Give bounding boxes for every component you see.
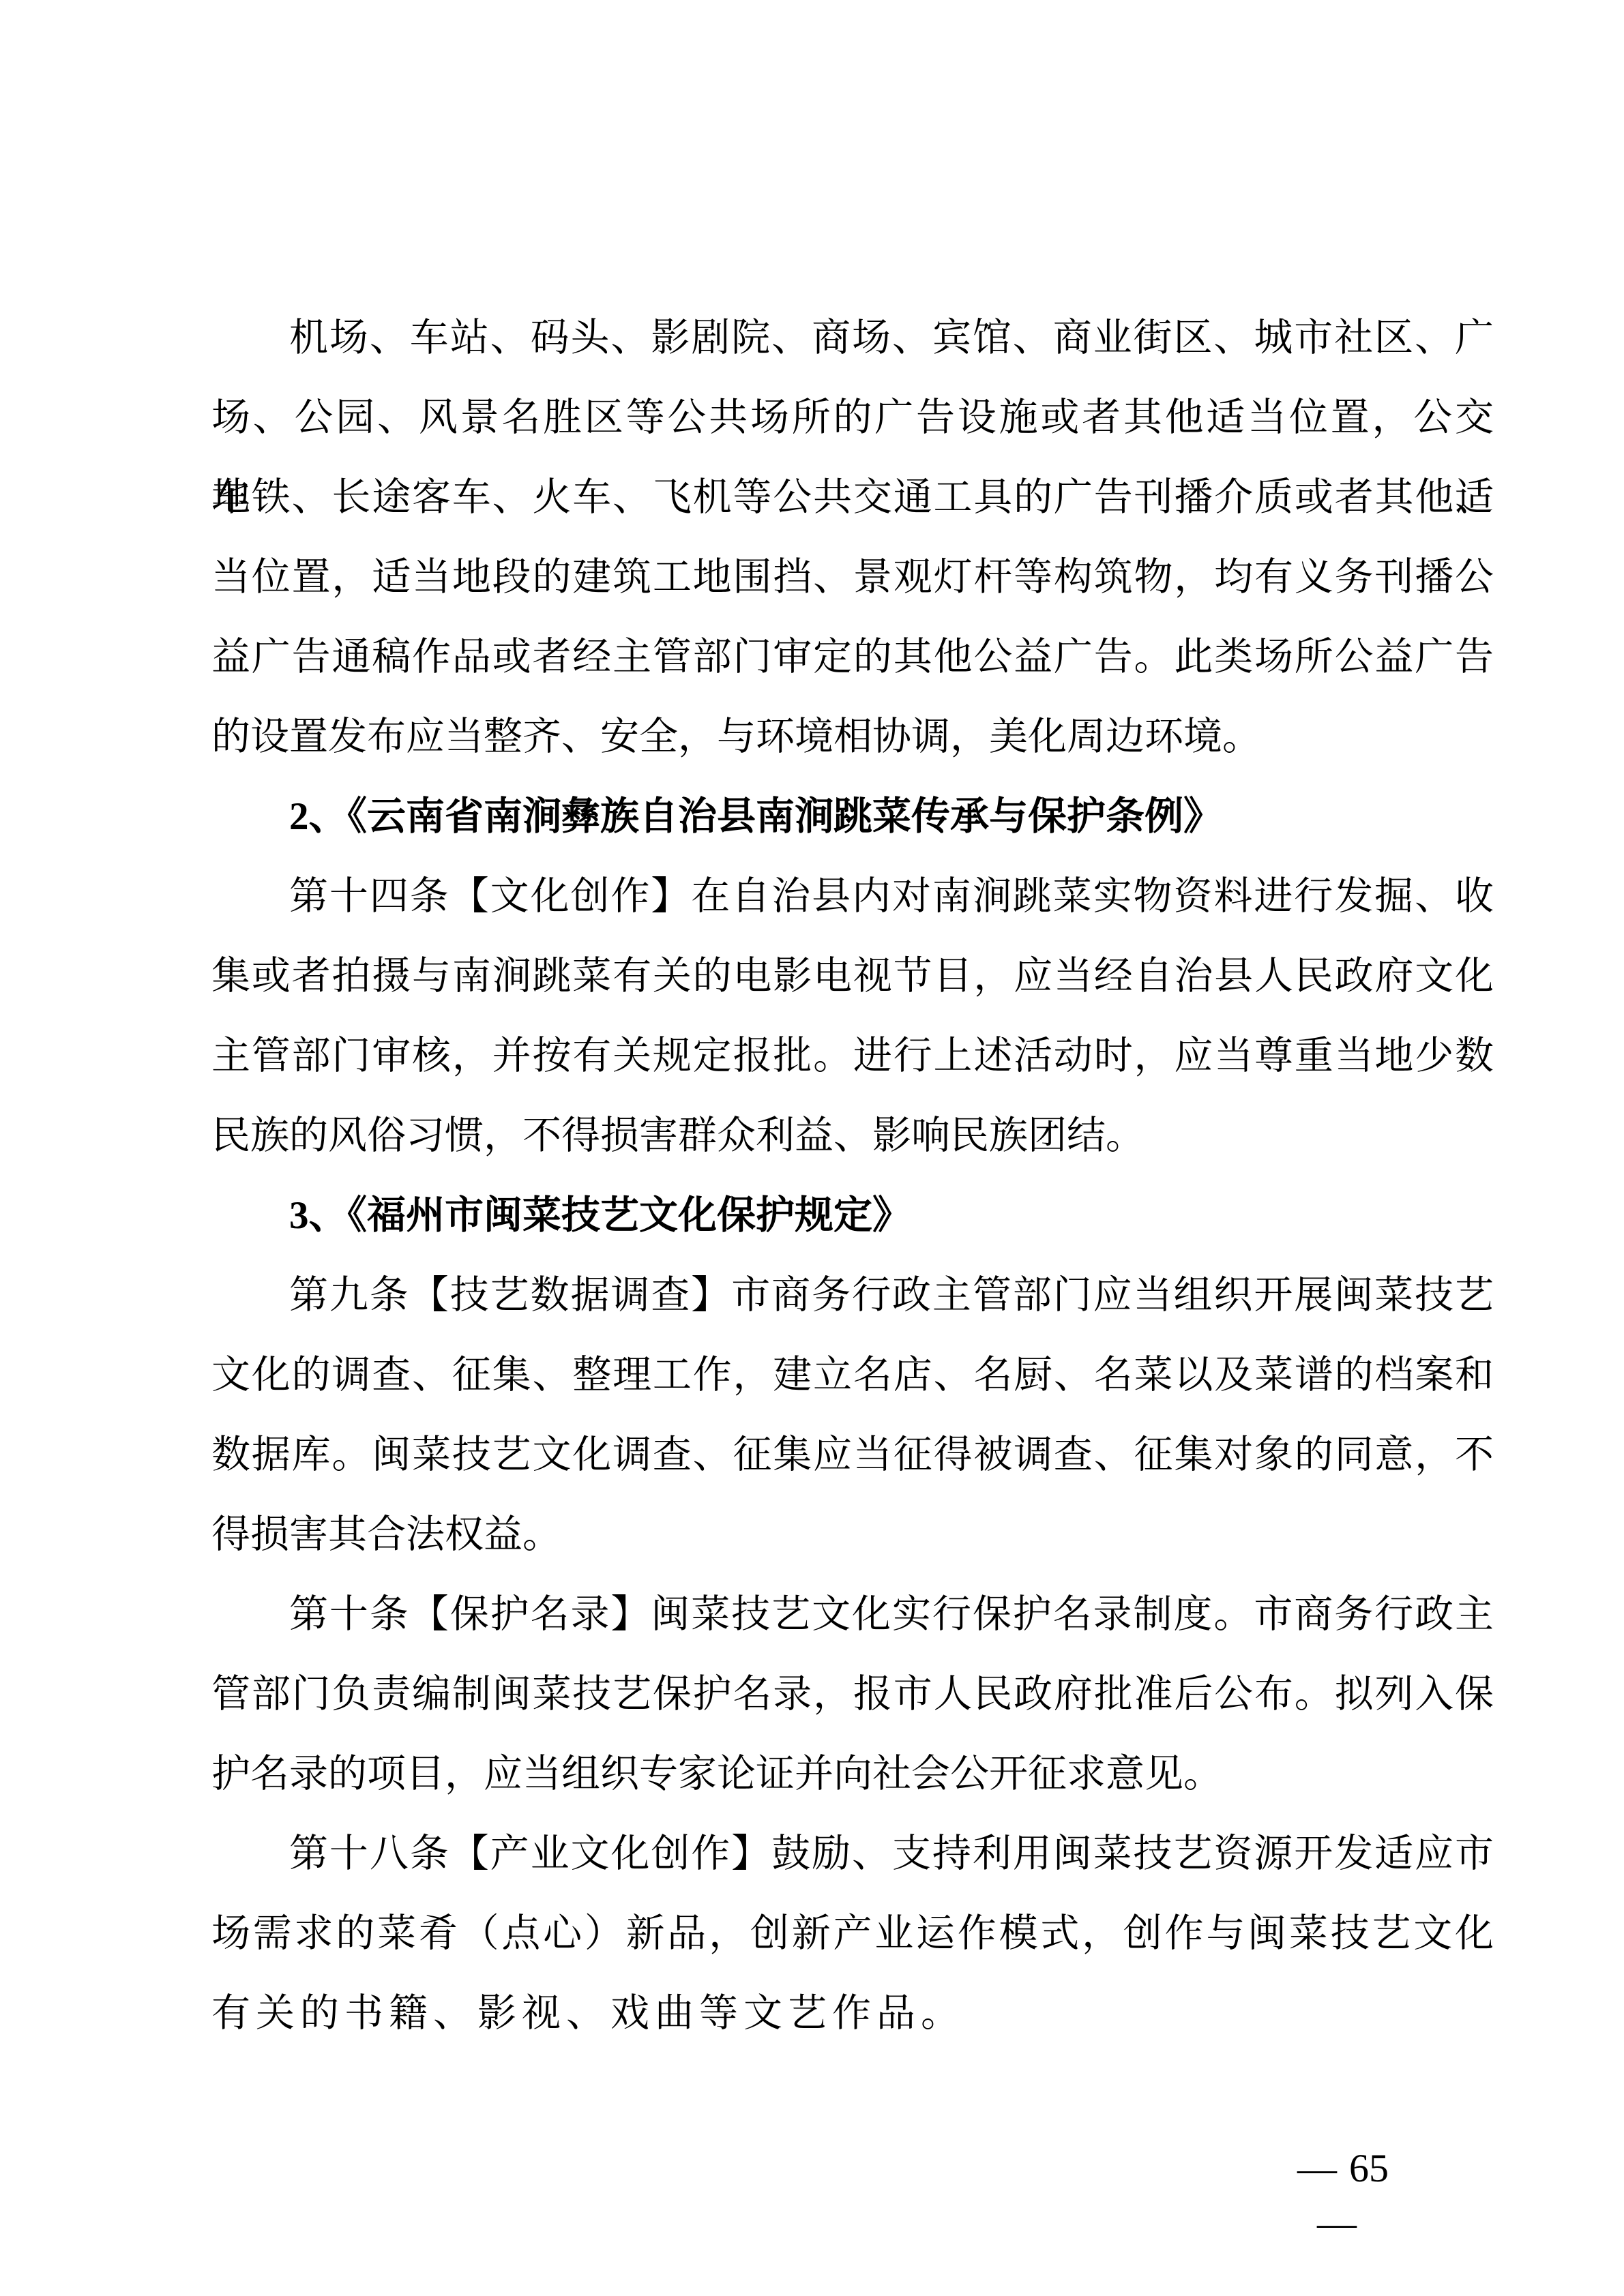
footer-dash-right: — [1317, 2196, 1357, 2250]
paragraph-line: 机场、车站、码头、影剧院、商场、宾馆、商业街区、城市社区、广 [211, 298, 1494, 378]
paragraph-line: 场需求的菜肴（点心）新品，创新产业运作模式，创作与闽菜技艺文化 [211, 1894, 1494, 1973]
paragraph-line: 文化的调查、征集、整理工作，建立名店、名厨、名菜以及菜谱的档案和 [211, 1335, 1494, 1415]
page-number-footer: —65— [1255, 2141, 1419, 2196]
paragraph-line: 第九条【技艺数据调查】市商务行政主管部门应当组织开展闽菜技艺 [211, 1255, 1494, 1335]
paragraph-line: 集或者拍摄与南涧跳菜有关的电影电视节目，应当经自治县人民政府文化 [211, 936, 1494, 1016]
document-page: 机场、车站、码头、影剧院、商场、宾馆、商业街区、城市社区、广 场、公园、风景名胜… [0, 0, 1624, 2296]
paragraph-line: 地铁、长途客车、火车、飞机等公共交通工具的广告刊播介质或者其他适 [211, 458, 1494, 537]
paragraph-line: 数据库。闽菜技艺文化调查、征集应当征得被调查、征集对象的同意，不 [211, 1415, 1494, 1495]
paragraph-line: 管部门负责编制闽菜技艺保护名录，报市人民政府批准后公布。拟列入保 [211, 1654, 1494, 1734]
paragraph-line: 益广告通稿作品或者经主管部门审定的其他公益广告。此类场所公益广告 [211, 617, 1494, 697]
paragraph-line: 当位置，适当地段的建筑工地围挡、景观灯杆等构筑物，均有义务刊播公 [211, 537, 1494, 617]
document-body: 机场、车站、码头、影剧院、商场、宾馆、商业街区、城市社区、广 场、公园、风景名胜… [211, 298, 1494, 2053]
section-heading: 3、《福州市闽菜技艺文化保护规定》 [211, 1176, 1494, 1255]
paragraph-line: 主管部门审核，并按有关规定报批。进行上述活动时，应当尊重当地少数 [211, 1016, 1494, 1096]
footer-dash-left: — [1297, 2141, 1337, 2196]
paragraph-line: 的设置发布应当整齐、安全，与环境相协调，美化周边环境。 [211, 697, 1494, 777]
paragraph-line: 民族的风俗习惯，不得损害群众利益、影响民族团结。 [211, 1096, 1494, 1176]
paragraph-line: 有关的书籍、影视、戏曲等文艺作品。 [211, 1973, 1494, 2053]
paragraph-line: 第十条【保护名录】闽菜技艺文化实行保护名录制度。市商务行政主 [211, 1575, 1494, 1654]
paragraph-line: 场、公园、风景名胜区等公共场所的广告设施或者其他适当位置，公交车、 [211, 378, 1494, 458]
paragraph-line: 得损害其合法权益。 [211, 1495, 1494, 1575]
paragraph-line: 护名录的项目，应当组织专家论证并向社会公开征求意见。 [211, 1734, 1494, 1814]
page-number: 65 [1349, 2146, 1389, 2190]
section-heading: 2、《云南省南涧彝族自治县南涧跳菜传承与保护条例》 [211, 777, 1494, 856]
paragraph-line: 第十八条【产业文化创作】鼓励、支持利用闽菜技艺资源开发适应市 [211, 1814, 1494, 1894]
paragraph-line: 第十四条【文化创作】在自治县内对南涧跳菜实物资料进行发掘、收 [211, 856, 1494, 936]
